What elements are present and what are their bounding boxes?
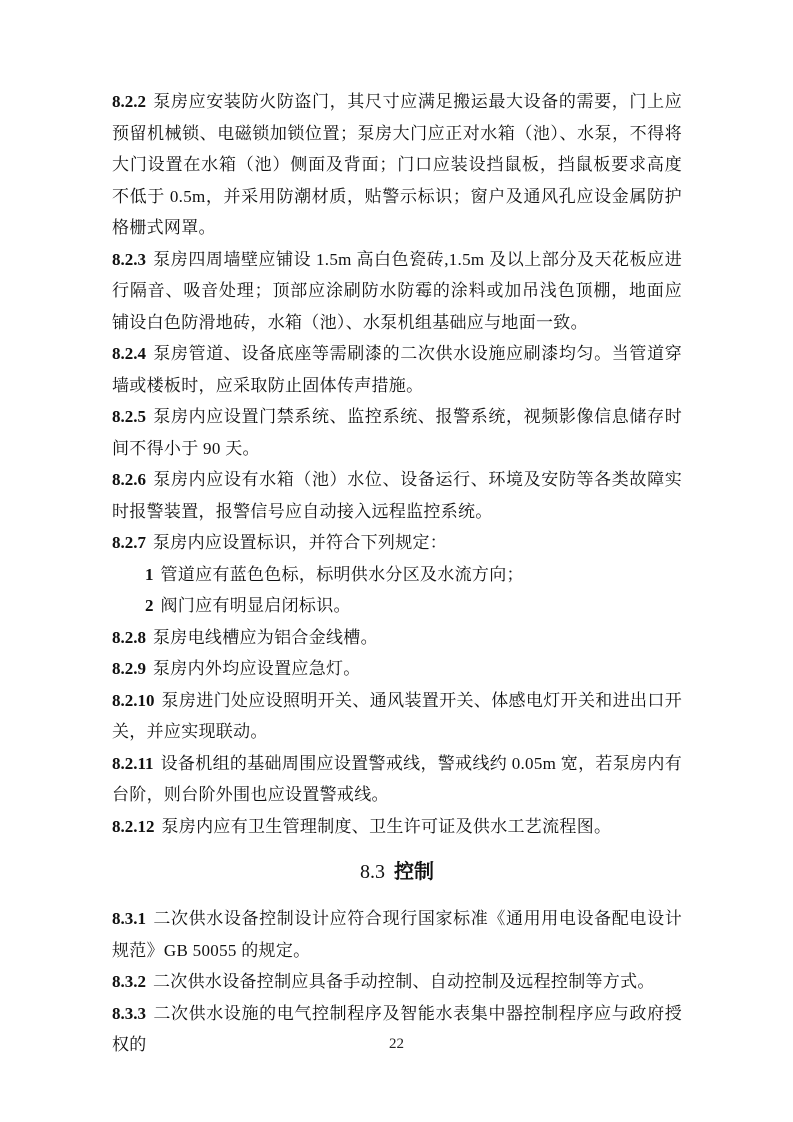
- clause-text: 设备机组的基础周围应设置警戒线，警戒线约 0.05m 宽，若泵房内有台阶，则台阶…: [112, 754, 682, 805]
- document-content: 8.2.2泵房应安装防火防盗门，其尺寸应满足搬运最大设备的需要，门上应预留机械锁…: [112, 86, 682, 1061]
- clause-number: 8.2.7: [112, 533, 146, 552]
- subitem-text: 管道应有蓝色色标，标明供水分区及水流方向；: [161, 565, 524, 584]
- clause-text: 泵房内外均应设置应急灯。: [153, 659, 361, 678]
- clause-number: 8.2.10: [112, 691, 155, 710]
- clause-text: 泵房电线槽应为铝合金线槽。: [153, 628, 378, 647]
- subitem-number: 1: [145, 565, 154, 584]
- clause-number: 8.2.12: [112, 817, 155, 836]
- subitem-1: 1管道应有蓝色色标，标明供水分区及水流方向；: [112, 559, 682, 591]
- clause-number: 8.3.3: [112, 1004, 146, 1023]
- clause-8-2-4: 8.2.4泵房管道、设备底座等需刷漆的二次供水设施应刷漆均匀。当管道穿墙或楼板时…: [112, 338, 682, 401]
- clause-text: 泵房内应设置门禁系统、监控系统、报警系统，视频影像信息储存时间不得小于 90 天…: [112, 407, 682, 458]
- clause-text: 泵房四周墙壁应铺设 1.5m 高白色瓷砖,1.5m 及以上部分及天花板应进行隔音…: [112, 250, 682, 332]
- subitem-number: 2: [145, 596, 154, 615]
- clause-text: 泵房进门处应设照明开关、通风装置开关、体感电灯开关和进出口开关，并应实现联动。: [112, 691, 682, 742]
- subitem-2: 2阀门应有明显启闭标识。: [112, 590, 682, 622]
- clause-8-2-5: 8.2.5泵房内应设置门禁系统、监控系统、报警系统，视频影像信息储存时间不得小于…: [112, 401, 682, 464]
- clause-8-2-7: 8.2.7泵房内应设置标识，并符合下列规定：: [112, 527, 682, 559]
- clause-number: 8.2.3: [112, 250, 146, 269]
- clause-number: 8.2.8: [112, 628, 146, 647]
- clause-8-3-1: 8.3.1二次供水设备控制设计应符合现行国家标准《通用用电设备配电设计规范》GB…: [112, 903, 682, 966]
- section-number: 8.3: [360, 861, 385, 883]
- clause-8-2-10: 8.2.10泵房进门处应设照明开关、通风装置开关、体感电灯开关和进出口开关，并应…: [112, 685, 682, 748]
- clause-number: 8.3.1: [112, 909, 146, 928]
- clause-text: 泵房内应设有水箱（池）水位、设备运行、环境及安防等各类故障实时报警装置，报警信号…: [112, 470, 682, 521]
- clause-8-2-6: 8.2.6泵房内应设有水箱（池）水位、设备运行、环境及安防等各类故障实时报警装置…: [112, 464, 682, 527]
- clause-number: 8.2.2: [112, 92, 146, 111]
- clause-number: 8.3.2: [112, 972, 146, 991]
- clause-8-3-2: 8.3.2二次供水设备控制应具备手动控制、自动控制及远程控制等方式。: [112, 966, 682, 998]
- clause-8-2-8: 8.2.8泵房电线槽应为铝合金线槽。: [112, 622, 682, 654]
- clause-text: 泵房管道、设备底座等需刷漆的二次供水设施应刷漆均匀。当管道穿墙或楼板时，应采取防…: [112, 344, 682, 395]
- clause-8-2-2: 8.2.2泵房应安装防火防盗门，其尺寸应满足搬运最大设备的需要，门上应预留机械锁…: [112, 86, 682, 244]
- clause-8-2-11: 8.2.11设备机组的基础周围应设置警戒线，警戒线约 0.05m 宽，若泵房内有…: [112, 748, 682, 811]
- clause-text: 泵房应安装防火防盗门，其尺寸应满足搬运最大设备的需要，门上应预留机械锁、电磁锁加…: [112, 92, 682, 237]
- clause-number: 8.2.4: [112, 344, 146, 363]
- clause-number: 8.2.5: [112, 407, 146, 426]
- document-page: 8.2.2泵房应安装防火防盗门，其尺寸应满足搬运最大设备的需要，门上应预留机械锁…: [0, 0, 793, 1122]
- clause-8-2-9: 8.2.9泵房内外均应设置应急灯。: [112, 653, 682, 685]
- clause-text: 二次供水设备控制应具备手动控制、自动控制及远程控制等方式。: [153, 972, 655, 991]
- section-heading: 8.3控制: [112, 857, 682, 887]
- section-title: 控制: [394, 861, 434, 883]
- clause-8-2-3: 8.2.3泵房四周墙壁应铺设 1.5m 高白色瓷砖,1.5m 及以上部分及天花板…: [112, 244, 682, 339]
- clause-text: 泵房内应设置标识，并符合下列规定：: [153, 533, 447, 552]
- clause-text: 泵房内应有卫生管理制度、卫生许可证及供水工艺流程图。: [162, 817, 612, 836]
- page-number: 22: [0, 1036, 793, 1053]
- clause-number: 8.2.9: [112, 659, 146, 678]
- clause-number: 8.2.6: [112, 470, 146, 489]
- clause-8-2-12: 8.2.12泵房内应有卫生管理制度、卫生许可证及供水工艺流程图。: [112, 811, 682, 843]
- clause-text: 二次供水设备控制设计应符合现行国家标准《通用用电设备配电设计规范》GB 5005…: [112, 909, 682, 960]
- clause-number: 8.2.11: [112, 754, 154, 773]
- subitem-text: 阀门应有明显启闭标识。: [161, 596, 351, 615]
